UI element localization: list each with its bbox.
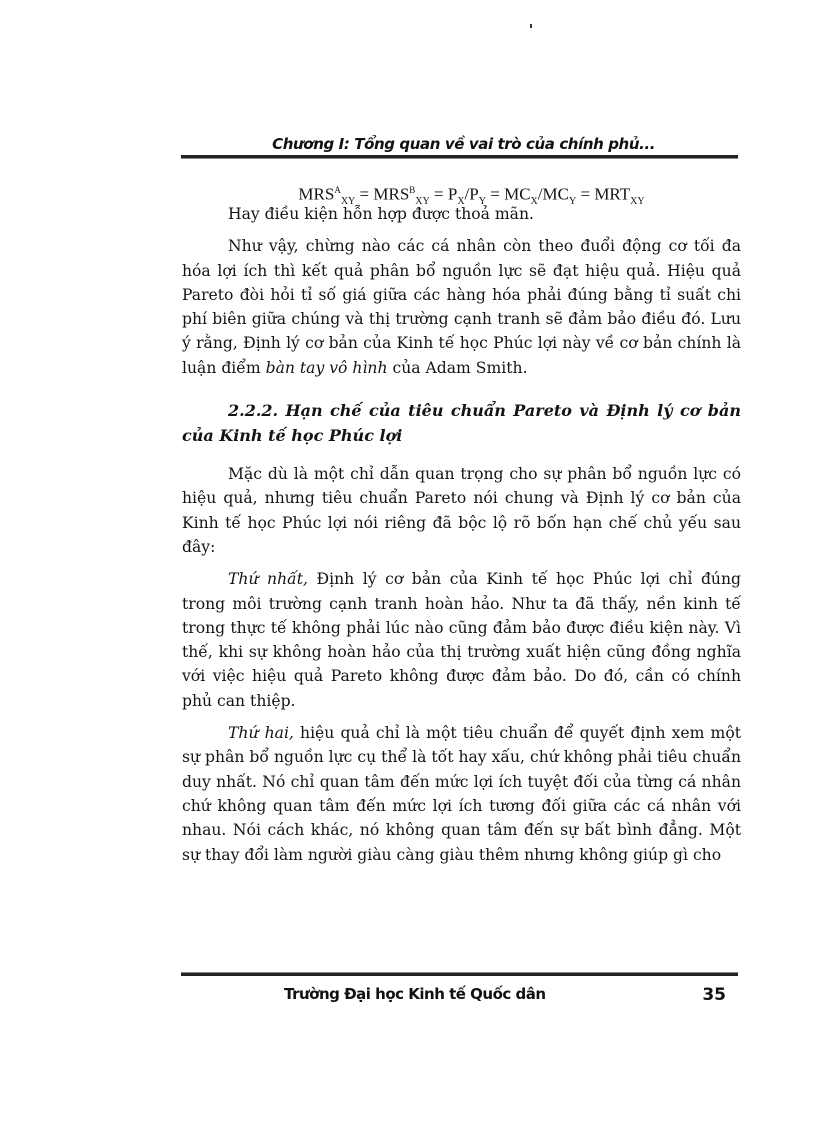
page-number: 35 bbox=[702, 985, 726, 1005]
footer-rule bbox=[181, 972, 738, 976]
chapter-title: Chương I: Tổng quan về vai trò của chính… bbox=[272, 135, 655, 153]
paragraph: Như vậy, chừng nào các cá nhân còn theo … bbox=[182, 234, 741, 380]
emphasis: bàn tay vô hình bbox=[266, 359, 388, 377]
emphasis: Thứ nhất, bbox=[228, 570, 308, 588]
emphasis: Thứ hai, bbox=[228, 724, 294, 742]
school-name: Trường Đại học Kinh tế Quốc dân bbox=[284, 985, 546, 1003]
paragraph: Thứ nhất, Định lý cơ bản của Kinh tế học… bbox=[182, 567, 741, 713]
paragraph: Thứ hai, hiệu quả chỉ là một tiêu chuẩn … bbox=[182, 721, 741, 867]
page-content: MRSAXY = MRSBXY = PX/PY = MCX/MCY = MRTX… bbox=[182, 178, 741, 867]
header-rule bbox=[181, 155, 738, 159]
section-heading: 2.2.2. Hạn chế của tiêu chuẩn Pareto và … bbox=[182, 399, 741, 448]
paragraph: Mặc dù là một chỉ dẫn quan trọng cho sự … bbox=[182, 462, 741, 559]
scan-artifact-dot bbox=[530, 24, 532, 28]
equilibrium-formula: MRSAXY = MRSBXY = PX/PY = MCX/MCY = MRTX… bbox=[182, 178, 741, 202]
paragraph: Hay điều kiện hỗn hợp được thoả mãn. bbox=[182, 202, 741, 226]
running-footer: Trường Đại học Kinh tế Quốc dân 35 bbox=[181, 985, 738, 1009]
